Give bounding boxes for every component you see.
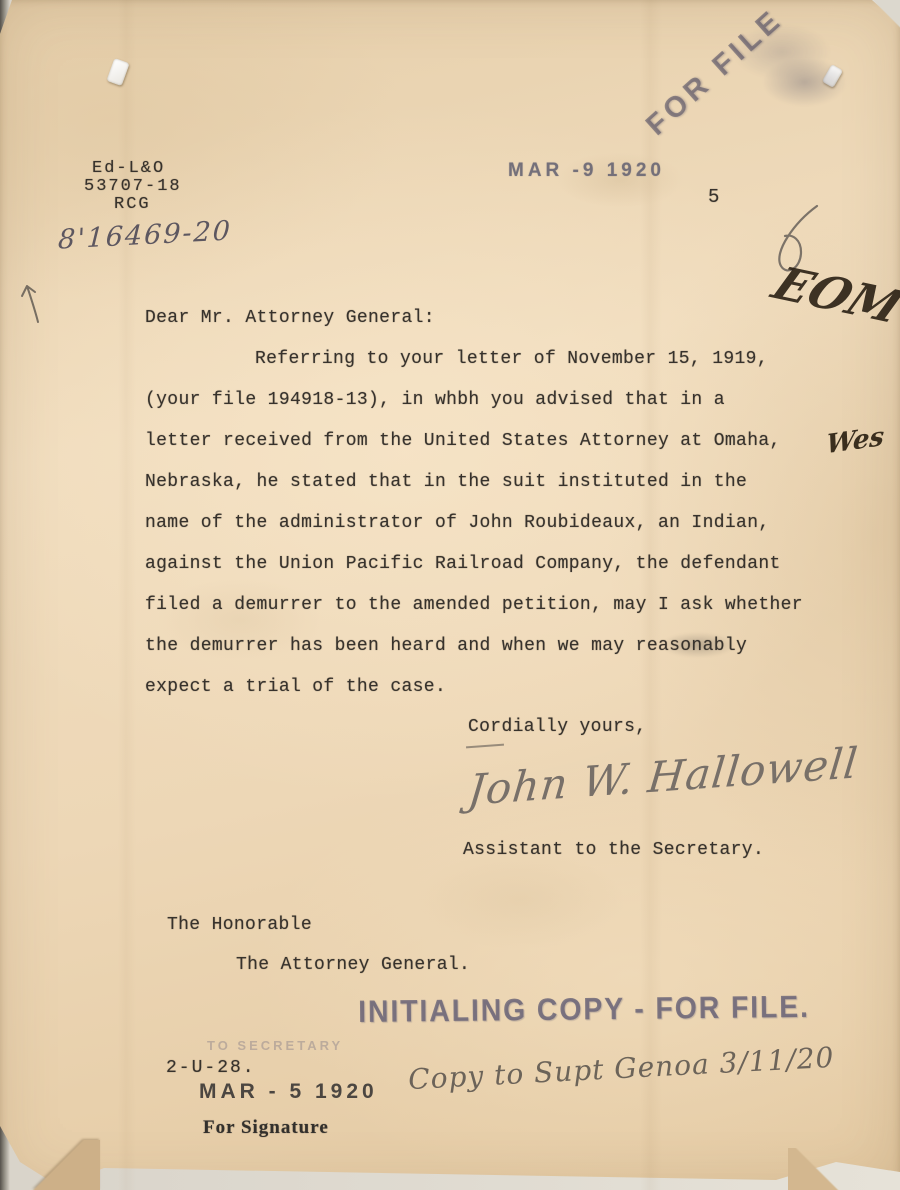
initialing-copy-stamp: INITIALING COPY - FOR FILE. — [358, 989, 810, 1030]
date-stamp: MAR - 5 1920 — [199, 1080, 378, 1104]
body-line: filed a demurrer to the amended petition… — [145, 595, 803, 615]
addressee-line: The Honorable — [167, 915, 312, 935]
body-line: name of the administrator of John Roubid… — [145, 513, 770, 533]
faint-to-secretary-stamp: To Secretary — [207, 1038, 343, 1053]
body-line: Nebraska, he stated that in the suit ins… — [145, 472, 747, 492]
bottom-file-code: 2-U-28. — [166, 1058, 256, 1078]
pencil-arrow-mark — [18, 278, 52, 326]
folded-corner — [788, 1148, 868, 1190]
body-line: letter received from the United States A… — [145, 431, 781, 451]
file-code-line: RCG — [114, 196, 182, 214]
for-signature-stamp: For Signature — [203, 1117, 329, 1139]
file-code-line: 53707-18 — [84, 178, 182, 196]
body-line: (your file 194918-13), in whbh you advis… — [145, 390, 725, 410]
addressee-line: The Attorney General. — [236, 955, 470, 975]
closing: Cordially yours, — [468, 717, 646, 737]
received-date-stamp: MAR -9 1920 — [508, 160, 665, 182]
body-line: Referring to your letter of November 15,… — [255, 349, 768, 369]
page-number: 5 — [708, 186, 719, 208]
salutation: Dear Mr. Attorney General: — [145, 308, 435, 328]
body-line: the demurrer has been heard and when we … — [145, 636, 747, 656]
folded-corner — [14, 1140, 100, 1190]
file-code-line: Ed-L&O — [92, 160, 182, 178]
file-code-block: Ed-L&O 53707-18 RCG — [92, 160, 182, 214]
body-line: expect a trial of the case. — [145, 677, 446, 697]
signer-title: Assistant to the Secretary. — [463, 840, 764, 860]
scanned-letter-page: { "header": { "file_code_lines": ["Ed-L&… — [0, 0, 900, 1190]
body-line: against the Union Pacific Railroad Compa… — [145, 554, 781, 574]
